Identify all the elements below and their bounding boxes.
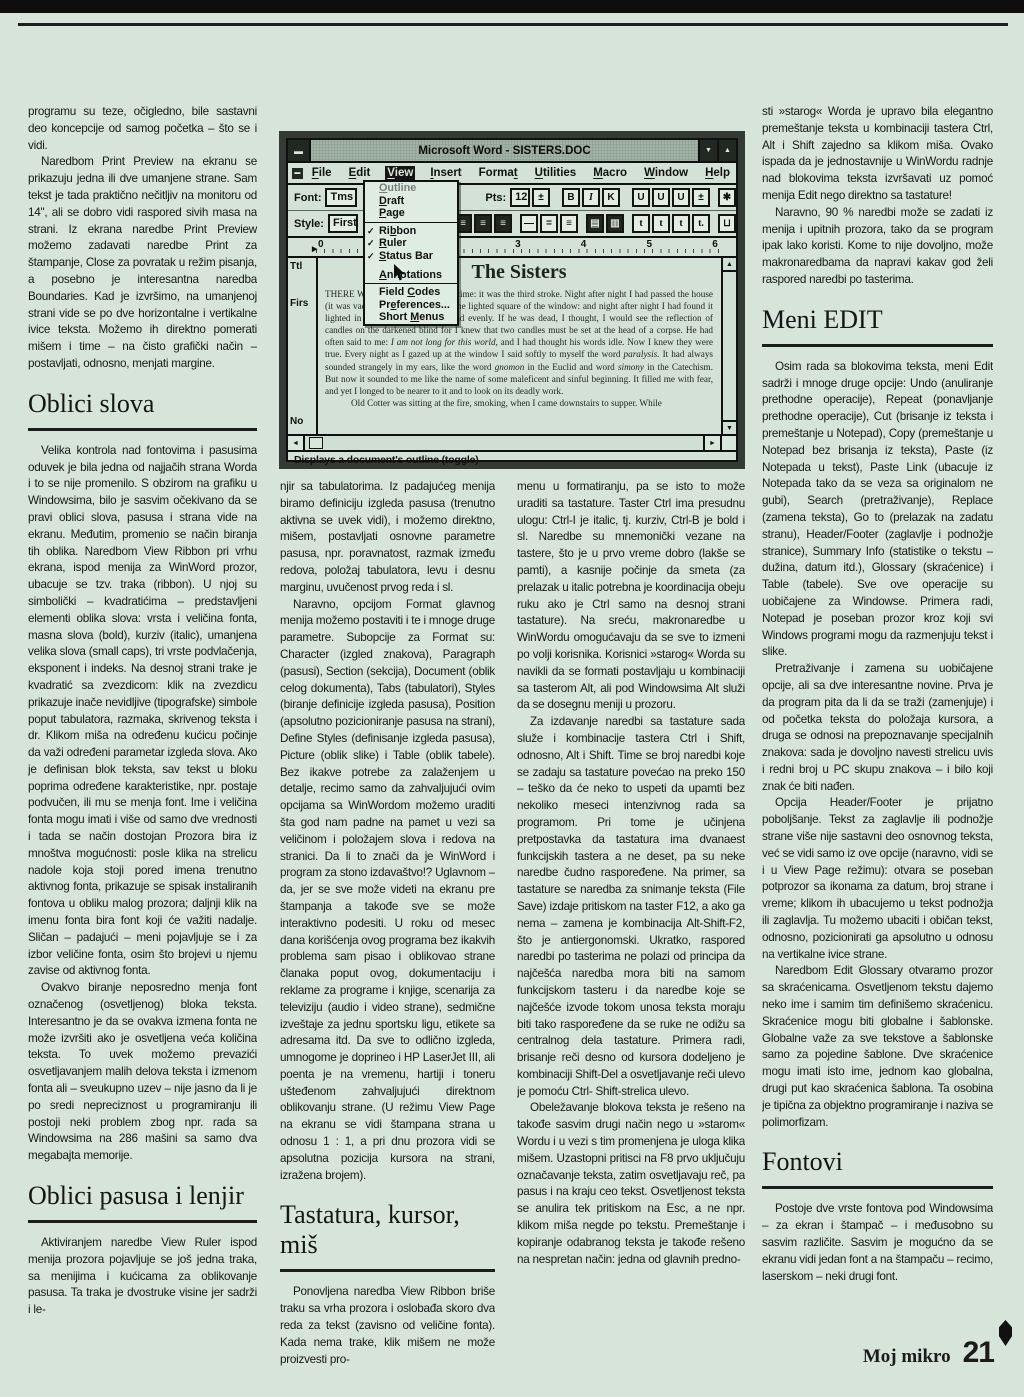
style-name-label: Firs [290, 298, 308, 309]
menu-edit[interactable]: Edit [347, 166, 373, 180]
view-menu-item-draft[interactable]: Draft [365, 195, 457, 208]
menu-separator [365, 283, 457, 284]
scroll-left-icon[interactable]: ◄ [288, 436, 305, 450]
character-buttons: BIKUUU±✱ [550, 188, 736, 207]
view-menu-item-ruler[interactable]: ✓Ruler [365, 237, 457, 250]
check-icon: ✓ [367, 225, 375, 238]
ruler[interactable]: ▶ 0123456 [288, 238, 736, 258]
super-subscript-button[interactable]: ± [692, 188, 710, 207]
menu-insert[interactable]: Insert [428, 166, 463, 180]
ribbon-paragraph-row: Style: FirstPa ≡≡≡≡—=≡▤▥tttt.⊔ [288, 211, 736, 238]
view-menu-item-annotations[interactable]: Annotations [365, 269, 457, 282]
spacing-single-button[interactable]: — [520, 214, 538, 233]
tab-center-button[interactable]: t [652, 214, 670, 233]
status-bar: Displays a document's outline (toggle) [288, 452, 736, 469]
menu-format[interactable]: Format [477, 166, 520, 180]
paragraph: menu u formatiranju, pa se isto to može … [517, 479, 745, 714]
bold-button[interactable]: B [562, 188, 580, 207]
style-label: Style: [294, 218, 324, 230]
closed-paragraph-spacing-button[interactable]: ▥ [606, 214, 624, 233]
paragraph: sti »starog« Worda je upravo bila elegan… [762, 104, 993, 205]
paragraph: Naravno, 90 % naredbi može se zadati iz … [762, 205, 993, 289]
view-menu-item-page[interactable]: Page [365, 207, 457, 220]
small-caps-button[interactable]: K [602, 188, 620, 207]
menu-bar: ▬ FileEditViewInsertFormatUtilitiesMacro… [288, 163, 736, 185]
paragraph: Pretraživanje i zamena su uobičajene opc… [762, 661, 993, 795]
page-number: 21 [963, 1336, 994, 1370]
menu-separator [365, 222, 457, 223]
article-continues-icon [999, 1320, 1012, 1346]
heading-rule [762, 1186, 993, 1189]
italic-button[interactable]: I [582, 188, 600, 207]
title-bar[interactable]: ▬ Microsoft Word - SISTERS.DOC ▼ ▲ [288, 140, 736, 163]
paragraph: Velika kontrola nad fontovima i pasusima… [28, 443, 257, 981]
magazine-name: Moj mikro [863, 1346, 951, 1368]
pts-label: Pts: [485, 192, 506, 204]
page-top-rule [18, 23, 1008, 26]
menu-window[interactable]: Window [642, 166, 690, 180]
menu-macro[interactable]: Macro [591, 166, 629, 180]
article-column-2: njir sa tabulatorima. Iz padajućeg menij… [280, 479, 495, 1393]
tab-left-button[interactable]: t [632, 214, 650, 233]
paragraph: Ovakvo biranje neposredno menja font ozn… [28, 980, 257, 1165]
section-heading: Fontovi [762, 1147, 993, 1177]
word-underline-button[interactable]: U [652, 188, 670, 207]
style-name-label: No [290, 416, 303, 427]
underline-button[interactable]: U [632, 188, 650, 207]
scroll-up-icon[interactable]: ▲ [723, 258, 736, 272]
heading-rule [28, 428, 257, 431]
window-title: Microsoft Word - SISTERS.DOC [311, 145, 698, 157]
scrollbar-corner [720, 436, 736, 450]
page-footer: Moj mikro 21 [863, 1336, 994, 1370]
paragraph: njir sa tabulatorima. Iz padajućeg menij… [280, 479, 495, 597]
view-menu-item-ribbon[interactable]: ✓Ribbon [365, 225, 457, 238]
paragraph: Ponovljena naredba View Ribbon briše tra… [280, 1284, 495, 1368]
view-menu-item-preferences-[interactable]: Preferences... [365, 299, 457, 312]
section-heading: Oblici pasusa i lenjir [28, 1181, 257, 1211]
section-heading: Meni EDIT [762, 305, 993, 335]
system-menu-icon[interactable]: ▬ [288, 140, 311, 161]
menu-view[interactable]: View [385, 166, 415, 180]
show-ruler-marks-button[interactable]: ⊔ [718, 214, 736, 233]
style-name-label: Ttl [290, 261, 302, 272]
double-underline-button[interactable]: U [672, 188, 690, 207]
scroll-down-icon[interactable]: ▼ [723, 420, 736, 434]
paragraph: Naravno, opcijom Format glavnog menija m… [280, 597, 495, 1185]
check-icon: ✓ [367, 250, 375, 263]
paragraph: Opcija Header/Footer je prijatno poboljš… [762, 795, 993, 963]
show-all-button[interactable]: ✱ [718, 188, 736, 207]
paragraph-buttons: ≡≡≡≡—=≡▤▥tttt.⊔ [432, 214, 736, 233]
paragraph: Osim rada sa blokovima teksta, meni Edit… [762, 359, 993, 661]
word-screenshot-frame: ▬ Microsoft Word - SISTERS.DOC ▼ ▲ ▬ Fil… [279, 131, 745, 469]
article-column-3: menu u formatiranju, pa se isto to može … [517, 479, 745, 1393]
font-label: Font: [294, 192, 321, 204]
document-system-menu-icon[interactable]: ▬ [292, 168, 303, 179]
align-justify-button[interactable]: ≡ [494, 214, 512, 233]
align-right-button[interactable]: ≡ [474, 214, 492, 233]
horizontal-scrollbar[interactable]: ◄ ► [288, 436, 736, 452]
ruler-number: 5 [647, 239, 653, 250]
paragraph: programu su teze, očigledno, bile sastav… [28, 104, 257, 154]
spacing-one-half-button[interactable]: = [540, 214, 558, 233]
menu-file[interactable]: File [310, 166, 334, 180]
tab-decimal-button[interactable]: t. [692, 214, 710, 233]
view-menu-item-field-codes[interactable]: Field Codes [365, 286, 457, 299]
view-menu-item-status-bar[interactable]: ✓Status Bar [365, 250, 457, 263]
ruler-number: 6 [712, 239, 718, 250]
maximize-icon[interactable]: ▲ [717, 140, 736, 161]
magazine-page: programu su teze, očigledno, bile sastav… [0, 0, 1024, 1397]
ruler-number: 4 [581, 239, 587, 250]
horizontal-scroll-thumb[interactable] [309, 437, 323, 449]
paragraph: Postoje dve vrste fontova pod Windowsima… [762, 1201, 993, 1285]
view-menu-item-short-menus[interactable]: Short Menus [365, 311, 457, 324]
article-column-4: sti »starog« Worda je upravo bila elegan… [762, 104, 993, 1332]
pts-box[interactable]: 12 [510, 188, 530, 207]
tab-right-button[interactable]: t [672, 214, 690, 233]
article-column-1: programu su teze, očigledno, bile sastav… [28, 104, 257, 1390]
menu-help[interactable]: Help [703, 166, 732, 180]
ruler-number: 3 [515, 239, 521, 250]
style-box[interactable]: FirstPa [328, 214, 358, 233]
vertical-scrollbar[interactable]: ▲ ▼ [721, 258, 736, 434]
view-dropdown-menu: OutlineDraftPage✓Ribbon✓Ruler✓Status Bar… [363, 180, 459, 326]
heading-rule [280, 1269, 495, 1272]
mouse-cursor-icon [394, 264, 406, 281]
view-menu-item-outline[interactable]: Outline [365, 182, 457, 195]
word-window: ▬ Microsoft Word - SISTERS.DOC ▼ ▲ ▬ Fil… [286, 138, 738, 462]
style-name-area: TtlFirsNo [288, 258, 318, 434]
check-icon: ✓ [367, 237, 375, 250]
menu-utilities[interactable]: Utilities [533, 166, 579, 180]
section-heading: Tastatura, kursor, miš [280, 1200, 495, 1260]
document-paragraph: Old Cotter was sitting at the fire, smok… [325, 397, 713, 409]
document-area[interactable]: TtlFirsNo The Sisters THERE WAS no hope … [288, 258, 736, 436]
scan-edge-band [0, 0, 1024, 13]
open-paragraph-spacing-button[interactable]: ▤ [586, 214, 604, 233]
paragraph: Naredbom Print Preview na ekranu se prik… [28, 154, 257, 372]
spacing-double-button[interactable]: ≡ [560, 214, 578, 233]
pts-spinner-icon[interactable]: ± [532, 188, 550, 207]
heading-rule [762, 344, 993, 347]
paragraph: Obeležavanje blokova teksta je rešeno na… [517, 1100, 745, 1268]
paragraph: Za izdavanje naredbi sa tastature sada s… [517, 714, 745, 1100]
ribbon-character-row: Font: Tms Rm Pts: 12 ± BIKUUU±✱ [288, 185, 736, 211]
paragraph: Naredbom Edit Glossary otvaramo prozor s… [762, 963, 993, 1131]
section-heading: Oblici slova [28, 389, 257, 419]
minimize-icon[interactable]: ▼ [698, 140, 717, 161]
ruler-number: 0 [318, 239, 324, 250]
paragraph: Aktiviranjem naredbe View Ruler ispod me… [28, 1235, 257, 1319]
heading-rule [28, 1220, 257, 1223]
scroll-right-icon[interactable]: ► [703, 436, 720, 450]
font-box[interactable]: Tms Rm [325, 188, 357, 207]
